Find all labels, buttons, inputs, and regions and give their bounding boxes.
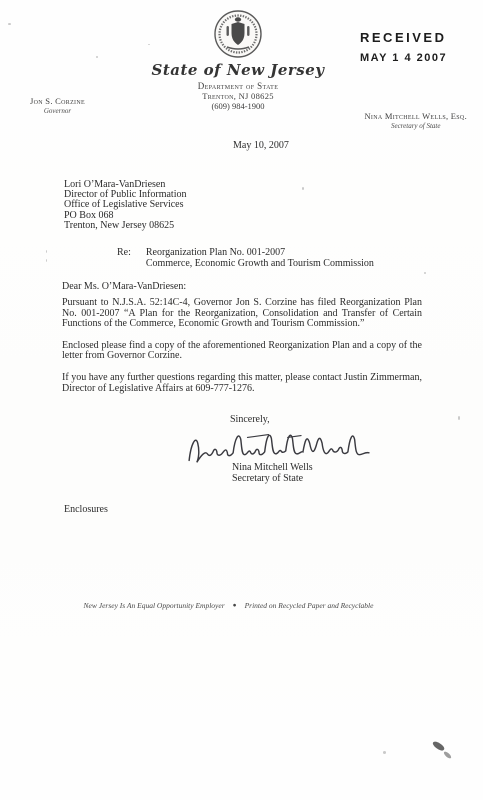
subject-label: Re: [117, 247, 131, 269]
footer-line: New Jersey Is An Equal Opportunity Emplo… [0, 601, 457, 610]
secretary-name: Nina Mitchell Wells, Esq. [364, 111, 467, 121]
signer-typed-name: Nina Mitchell Wells [232, 463, 313, 474]
signer-typed-title: Secretary of State [232, 474, 313, 485]
scan-speckle [383, 751, 386, 754]
scan-smudge [443, 751, 452, 760]
recipient-address-block: Lori O’Mara-VanDriesen Director of Publi… [64, 180, 186, 231]
scan-speckle [424, 272, 426, 274]
secretary-title: Secretary of State [364, 122, 467, 130]
scanned-letter-page: State of New Jersey Department of State … [0, 0, 483, 800]
body-paragraph-3: If you have any further questions regard… [62, 373, 422, 394]
new-jersey-state-seal-icon [213, 9, 263, 59]
body-paragraph-2: Enclosed please find a copy of the afore… [62, 341, 422, 362]
scan-speckle [46, 250, 47, 253]
scan-speckle [148, 44, 150, 45]
valediction: Sincerely, [230, 414, 270, 425]
received-stamp: RECEIVED MAY 1 4 2007 [360, 30, 447, 64]
enclosures-note: Enclosures [64, 504, 108, 515]
letter-body: Pursuant to N.J.S.A. 52:14C-4, Governor … [62, 298, 422, 405]
recipient-city: Trenton, New Jersey 08625 [64, 221, 186, 231]
subject-line-1: Reorganization Plan No. 001-2007 [146, 247, 374, 258]
scan-speckle [8, 23, 11, 25]
salutation: Dear Ms. O’Mara-VanDriesen: [62, 281, 186, 292]
scan-speckle [458, 416, 460, 420]
received-stamp-date: MAY 1 4 2007 [360, 52, 447, 64]
secretary-block: Nina Mitchell Wells, Esq. Secretary of S… [364, 111, 467, 130]
scan-speckle [46, 259, 47, 262]
governor-title: Governor [30, 107, 85, 115]
body-paragraph-1: Pursuant to N.J.S.A. 52:14C-4, Governor … [62, 298, 422, 330]
letter-date: May 10, 2007 [233, 140, 289, 151]
footer-bullet: ● [225, 602, 245, 609]
governor-name: Jon S. Corzine [30, 96, 85, 106]
subject-block: Re: Reorganization Plan No. 001-2007 Com… [117, 247, 374, 269]
scan-speckle [96, 56, 98, 58]
scan-speckle [302, 187, 304, 190]
footer-eoe-text: New Jersey Is An Equal Opportunity Emplo… [84, 601, 225, 610]
subject-line-2: Commerce, Economic Growth and Tourism Co… [146, 258, 374, 269]
signer-block: Nina Mitchell Wells Secretary of State [232, 463, 313, 484]
scan-smudge [432, 740, 446, 753]
footer-recycled-text: Printed on Recycled Paper and Recyclable [245, 601, 374, 610]
received-stamp-text: RECEIVED [360, 30, 447, 45]
governor-block: Jon S. Corzine Governor [30, 96, 85, 115]
letterhead-department: Department of State [0, 81, 476, 91]
